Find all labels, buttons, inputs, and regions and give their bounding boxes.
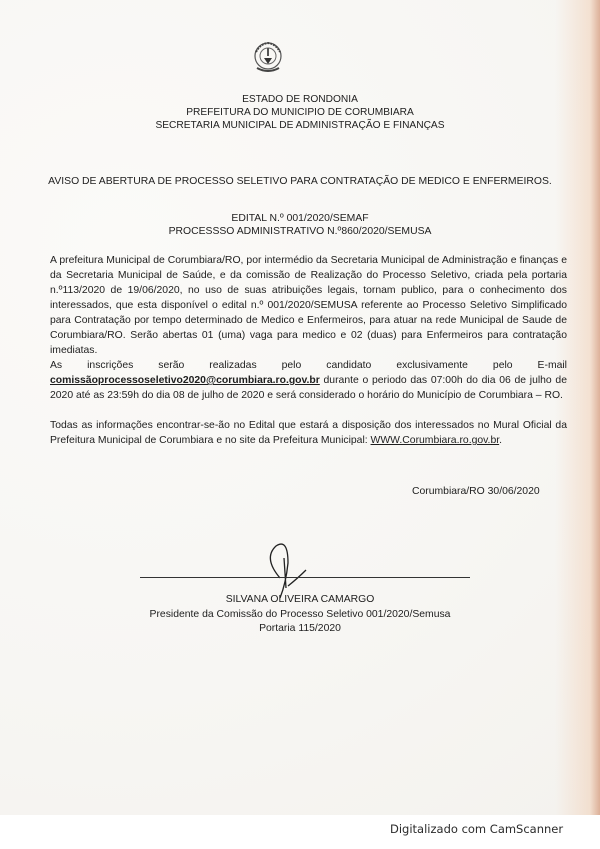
edital-number: EDITAL N.º 001/2020/SEMAF	[0, 212, 600, 225]
email-link[interactable]: comissãoprocessoseletivo2020@corumbiara.…	[50, 375, 320, 386]
body-paragraph-inscricoes-cont: comissãoprocessoseletivo2020@corumbiara.…	[50, 373, 567, 403]
document-body: A prefeitura Municipal de Corumbiara/RO,…	[50, 253, 567, 448]
body-paragraph-1: A prefeitura Municipal de Corumbiara/RO,…	[50, 253, 567, 358]
letterhead: ESTADO DE RONDONIA PREFEITURA DO MUNICIP…	[0, 93, 600, 132]
letterhead-municipality: PREFEITURA DO MUNICIPIO DE CORUMBIARA	[0, 106, 600, 119]
signatory-block: SILVANA OLIVEIRA CAMARGO Presidente da C…	[0, 593, 600, 637]
dateline: Corumbiara/RO 30/06/2020	[412, 486, 540, 497]
document-title: AVISO DE ABERTURA DE PROCESSO SELETIVO P…	[0, 175, 600, 190]
camscanner-watermark: Digitalizado com CamScanner	[390, 822, 563, 836]
website-link[interactable]: WWW.Corumbiara.ro.gov.br	[371, 435, 500, 446]
signature-line	[140, 577, 470, 578]
body-paragraph-2: Todas as informações encontrar-se-ão no …	[50, 418, 567, 448]
body-paragraph-inscricoes: As inscrições serão realizadas pelo cand…	[50, 358, 567, 373]
signatory-portaria: Portaria 115/2020	[0, 622, 600, 637]
signatory-name: SILVANA OLIVEIRA CAMARGO	[0, 593, 600, 608]
coat-of-arms-icon	[248, 38, 288, 78]
process-number: PROCESSSO ADMINISTRATIVO N.º860/2020/SEM…	[0, 225, 600, 238]
edital-reference: EDITAL N.º 001/2020/SEMAF PROCESSSO ADMI…	[0, 212, 600, 239]
signatory-role: Presidente da Comissão do Processo Selet…	[0, 608, 600, 623]
letterhead-secretariat: SECRETARIA MUNICIPAL DE ADMINISTRAÇÃO E …	[0, 119, 600, 132]
letterhead-state: ESTADO DE RONDONIA	[0, 93, 600, 106]
